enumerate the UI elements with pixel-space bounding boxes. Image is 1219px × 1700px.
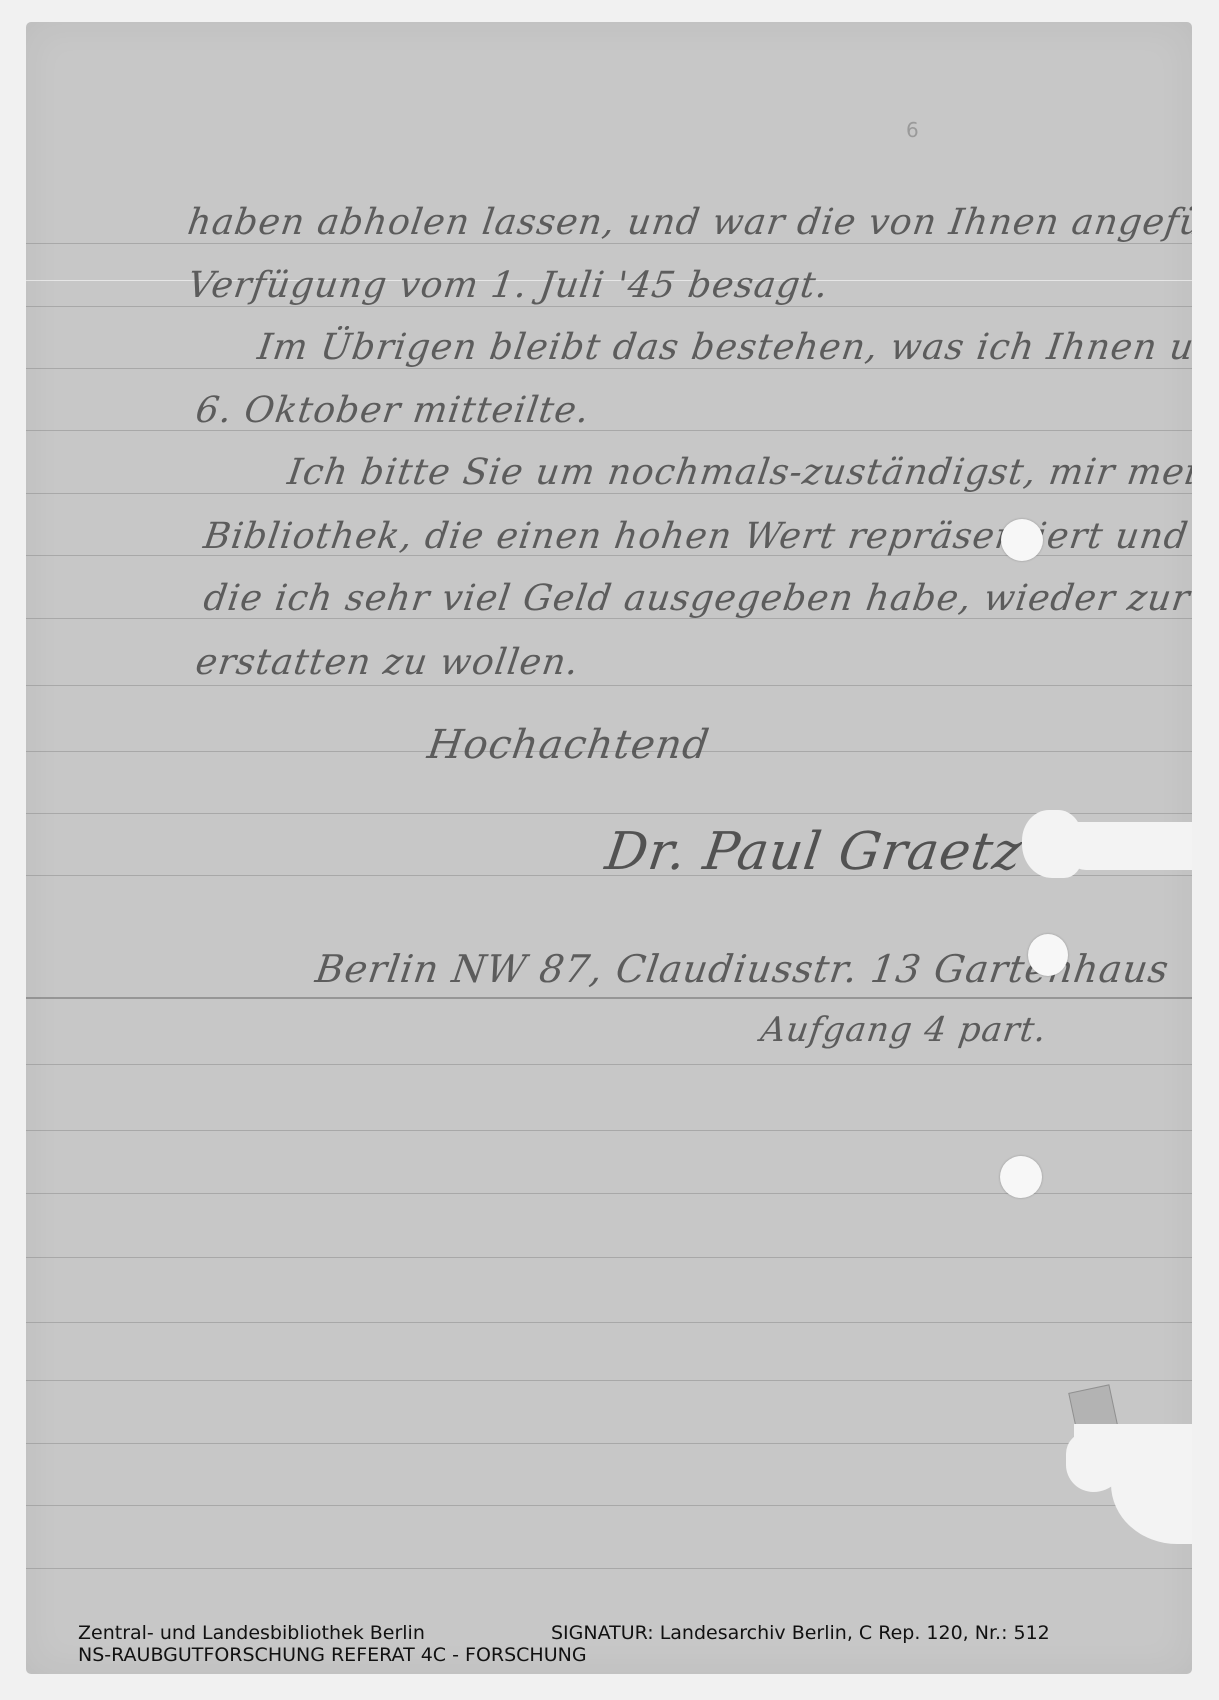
footer-department: NS-RAUBGUTFORSCHUNG REFERAT 4C - FORSCHU… xyxy=(78,1644,587,1666)
letter-page: 6 haben abholen lassen, und war die von … xyxy=(26,22,1192,1674)
letter-line: die ich sehr viel Geld ausgegeben habe, … xyxy=(201,578,1192,619)
punch-hole xyxy=(1001,519,1043,561)
footer-institution: Zentral- und Landesbibliothek Berlin xyxy=(78,1622,587,1644)
footer-signatur: SIGNATUR: Landesarchiv Berlin, C Rep. 12… xyxy=(551,1622,1050,1644)
fold-line xyxy=(26,997,1192,999)
ruled-line xyxy=(26,1568,1192,1569)
closing-salutation: Hochachtend xyxy=(425,722,713,768)
ruled-line xyxy=(26,1505,1192,1506)
ruled-line xyxy=(26,1257,1192,1258)
letter-line: erstatten zu wollen. xyxy=(193,642,582,683)
punch-hole xyxy=(1000,1156,1042,1198)
torn-edge xyxy=(1066,822,1192,870)
letter-line: haben abholen lassen, und war die von Ih… xyxy=(185,202,1192,243)
page-number-mark: 6 xyxy=(906,118,919,142)
ruled-line xyxy=(26,306,1192,307)
letter-line: Verfügung vom 1. Juli '45 besagt. xyxy=(185,265,831,306)
signature: Dr. Paul Graetz xyxy=(602,822,1026,882)
ruled-line xyxy=(26,685,1192,686)
sender-address-line: Aufgang 4 part. xyxy=(758,1010,1049,1050)
ruled-line xyxy=(26,1064,1192,1065)
ruled-line xyxy=(26,1443,1192,1444)
punch-hole xyxy=(1028,934,1068,976)
ruled-line xyxy=(26,243,1192,244)
letter-line: Im Übrigen bleibt das bestehen, was ich … xyxy=(255,327,1192,368)
ruled-line xyxy=(26,1380,1192,1381)
letter-line: Ich bitte Sie um nochmals-zuständigst, m… xyxy=(285,452,1192,493)
ruled-line xyxy=(26,493,1192,494)
letter-line: Bibliothek, die einen hohen Wert repräse… xyxy=(201,516,1192,557)
ruled-line xyxy=(26,368,1192,369)
ruled-line xyxy=(26,1322,1192,1323)
ruled-line xyxy=(26,813,1192,814)
torn-edge xyxy=(1111,1444,1192,1544)
ruled-line xyxy=(26,1130,1192,1131)
archive-footer: Zentral- und Landesbibliothek Berlin SIG… xyxy=(78,1622,587,1666)
letter-line: 6. Oktober mitteilte. xyxy=(193,390,592,431)
